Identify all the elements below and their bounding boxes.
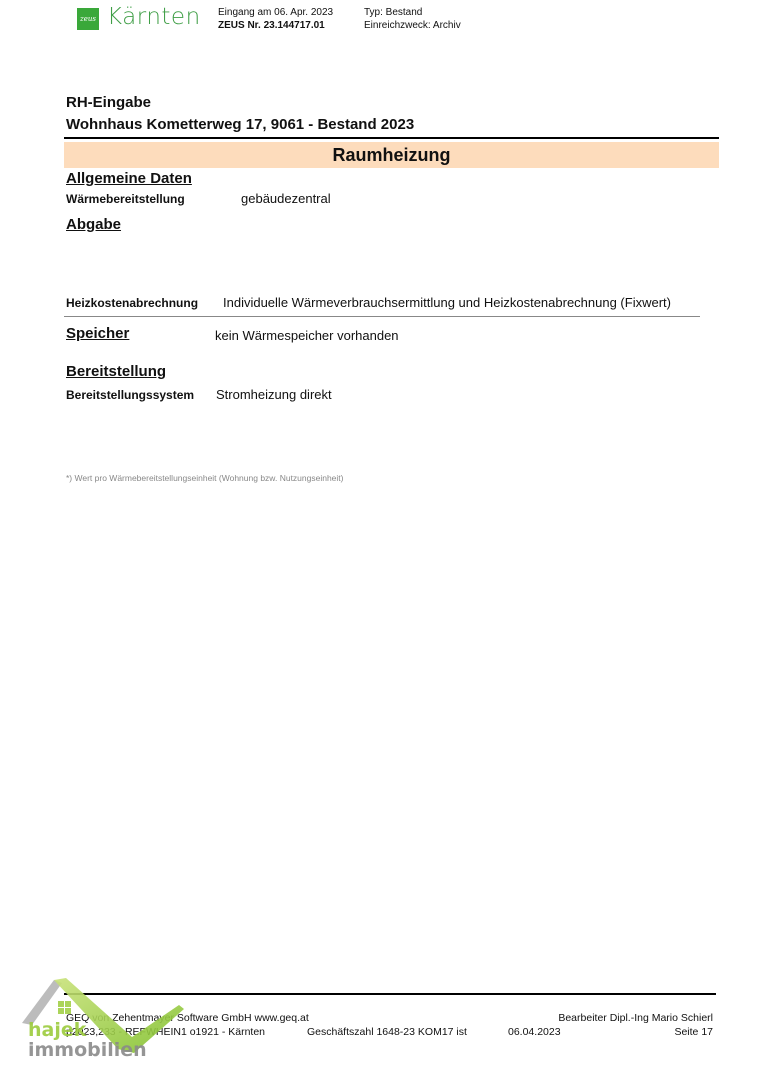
- field-label: Wärmebereitstellung: [66, 192, 185, 206]
- header-zeus-nr: ZEUS Nr. 23.144717.01: [218, 19, 325, 32]
- document-label: RH-Eingabe: [66, 94, 151, 111]
- field-value: Stromheizung direkt: [216, 387, 332, 402]
- kaernten-logo-badge: zeus: [77, 8, 99, 30]
- document-title: Wohnhaus Kometterweg 17, 9061 - Bestand …: [66, 116, 414, 133]
- footer-bearbeiter: Bearbeiter Dipl.-Ing Mario Schierl: [558, 1012, 713, 1024]
- field-label: Bereitstellungssystem: [66, 388, 194, 402]
- hajek-immobilien-watermark: hajek immobilien: [14, 975, 184, 1070]
- field-label: Heizkostenabrechnung: [66, 296, 198, 310]
- footer-geschaeftszahl: Geschäftszahl 1648-23 KOM17 ist: [307, 1026, 467, 1038]
- field-value: gebäudezentral: [241, 191, 331, 206]
- section-heading-allgemeine: Allgemeine Daten: [66, 170, 192, 187]
- section-heading-speicher: Speicher: [66, 325, 129, 342]
- kaernten-logo-text: Kärnten: [107, 4, 201, 30]
- section-heading-bereitstellung: Bereitstellung: [66, 363, 166, 380]
- section-banner: Raumheizung: [64, 142, 719, 168]
- header-einreichzweck: Einreichzweck: Archiv: [364, 19, 461, 32]
- section-heading-abgabe: Abgabe: [66, 216, 121, 233]
- field-value: kein Wärmespeicher vorhanden: [215, 328, 399, 343]
- abgabe-divider: [64, 316, 700, 317]
- header-eingang: Eingang am 06. Apr. 2023: [218, 6, 333, 19]
- header-typ: Typ: Bestand: [364, 6, 422, 19]
- field-value: Individuelle Wärmeverbrauchsermittlung u…: [223, 295, 671, 310]
- watermark-line1: hajek: [28, 1019, 86, 1041]
- footnote: *) Wert pro Wärmebereitstellungseinheit …: [66, 473, 344, 483]
- watermark-line2: immobilien: [28, 1039, 147, 1061]
- footer-date: 06.04.2023: [508, 1026, 561, 1038]
- title-divider: [64, 137, 719, 139]
- footer-page-number: Seite 17: [674, 1026, 713, 1038]
